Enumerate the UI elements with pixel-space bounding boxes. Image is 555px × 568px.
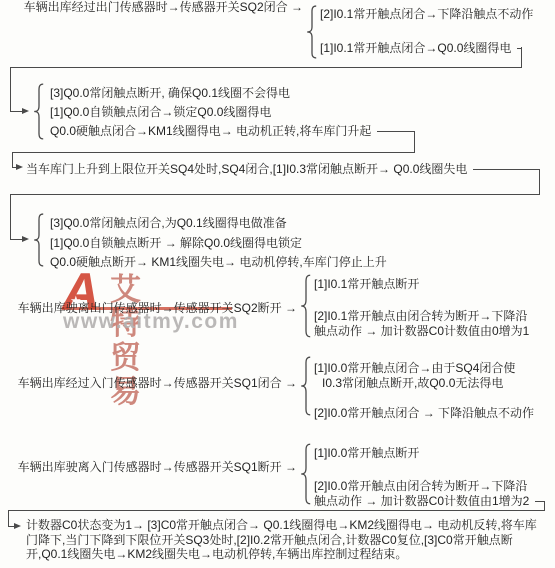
brace-icon [300, 356, 312, 416]
step2-line-2: [1]Q0.0自锁触点闭合→锁定Q0.0线圈得电 [50, 105, 271, 119]
step5-branch-1: [1]I0.1常开触点断开 [314, 277, 419, 291]
connector-line [12, 152, 13, 168]
step4-line-2: [1]Q0.0自锁触点断开 → 解除Q0.0线圈得电锁定 [50, 236, 302, 250]
brace-icon [33, 213, 45, 267]
arrow-right-icon [16, 164, 23, 170]
step1-header: 车辆出库经过出门传感器时→传感器开关SQ2闭合 → [0, 0, 303, 14]
step3-text: 当车库门上升到上限位开关SQ4处时,SQ4闭合,[1]I0.3常闭触点断开→ Q… [26, 162, 540, 176]
connector-line [8, 510, 545, 511]
step2-line-3-label: Q0.0硬触点闭合→KM1线圈得电→ 电动机正转,将车库门升起 [50, 124, 371, 138]
arrow-right-icon [22, 236, 29, 242]
connector-line [10, 194, 11, 240]
step6-branch-1-line-2: I0.3常闭触点断开,故Q0.0无法得电 [322, 376, 503, 390]
step5-header: 车辆出库驶离出门传感器时→传感器开关SQ2断开 → [0, 301, 297, 315]
step4-line-1: [3]Q0.0常闭触点闭合,为Q0.1线圈得电做准备 [50, 216, 287, 230]
step7-branch-1: [1]I0.0常开触点断开 [314, 446, 419, 460]
step3-label: 当车库门上升到上限位开关SQ4处时,SQ4闭合,[1]I0.3常闭触点断开→ Q… [26, 162, 467, 176]
step6-branch-1-line-1: [1]I0.0常开触点闭合→由于SQ4闭合使 [314, 361, 515, 375]
brace-icon [300, 274, 312, 338]
step7-header: 车辆出库驶离入门传感器时→传感器开关SQ1断开 → [0, 460, 297, 474]
brace-icon [33, 83, 45, 140]
arrow-right-icon [14, 523, 21, 529]
connector-line [535, 501, 545, 502]
step1-branch-2: [2]I0.1常开触点闭合→下降沿触点不动作 [320, 7, 533, 21]
step5-branch-2-line-1: [2]I0.1常开触点由闭合转为断开→下降沿 [314, 309, 527, 323]
arrow-right-icon [22, 108, 29, 114]
step2-line-3: Q0.0硬触点闭合→KM1线圈得电→ 电动机正转,将车库门升起 [50, 124, 415, 138]
step2-line-1: [3]Q0.0常闭触点断开, 确保Q0.1线圈不会得电 [50, 86, 290, 100]
brace-icon [306, 5, 318, 59]
connector-line [12, 152, 415, 153]
brace-icon [300, 443, 312, 505]
scanned-flow-diagram-page: A ★ 艾特贸易 www.aitmy.com 车辆出库经过出门传感器时→传感器开… [0, 0, 555, 568]
step1-branch-1: [1]I0.1常开触点闭合→Q0.0线圈得电 [320, 41, 522, 55]
step8-paragraph: 计数器C0状态变为1→ [3]C0常开触点闭合→ Q0.1线圈得电→KM2线圈得… [26, 518, 540, 562]
step6-header: 车辆出库经过入门传感器时→传感器开关SQ1闭合 → [0, 376, 297, 390]
connector-line [517, 48, 522, 49]
step5-branch-2-line-2: 触点动作 → 加计数器C0计数值由0增为1 [314, 324, 529, 338]
connector-line [10, 67, 11, 112]
connector-line [377, 131, 415, 132]
step4-line-3: Q0.0硬触点断开→ KM1线圈失电→ 电动机停转,车库门停止上升 [50, 255, 387, 269]
connector-line [10, 194, 540, 195]
connector-line [10, 67, 522, 68]
step7-branch-2-line-1: [2]I0.0常开触点由闭合转为断开→下降沿 [314, 479, 527, 493]
step7-branch-2-line-2-label: 触点动作 → 加计数器C0计数值由1增为2 [314, 494, 529, 508]
connector-line [473, 169, 540, 170]
connector-line [8, 510, 9, 527]
step6-branch-2: [2]I0.0常开触点闭合 → 下降沿触点不动作 [314, 406, 534, 420]
step1-branch-1-label: [1]I0.1常开触点闭合→Q0.0线圈得电 [320, 41, 511, 55]
step7-branch-2-line-2: 触点动作 → 加计数器C0计数值由1增为2 [314, 494, 545, 508]
